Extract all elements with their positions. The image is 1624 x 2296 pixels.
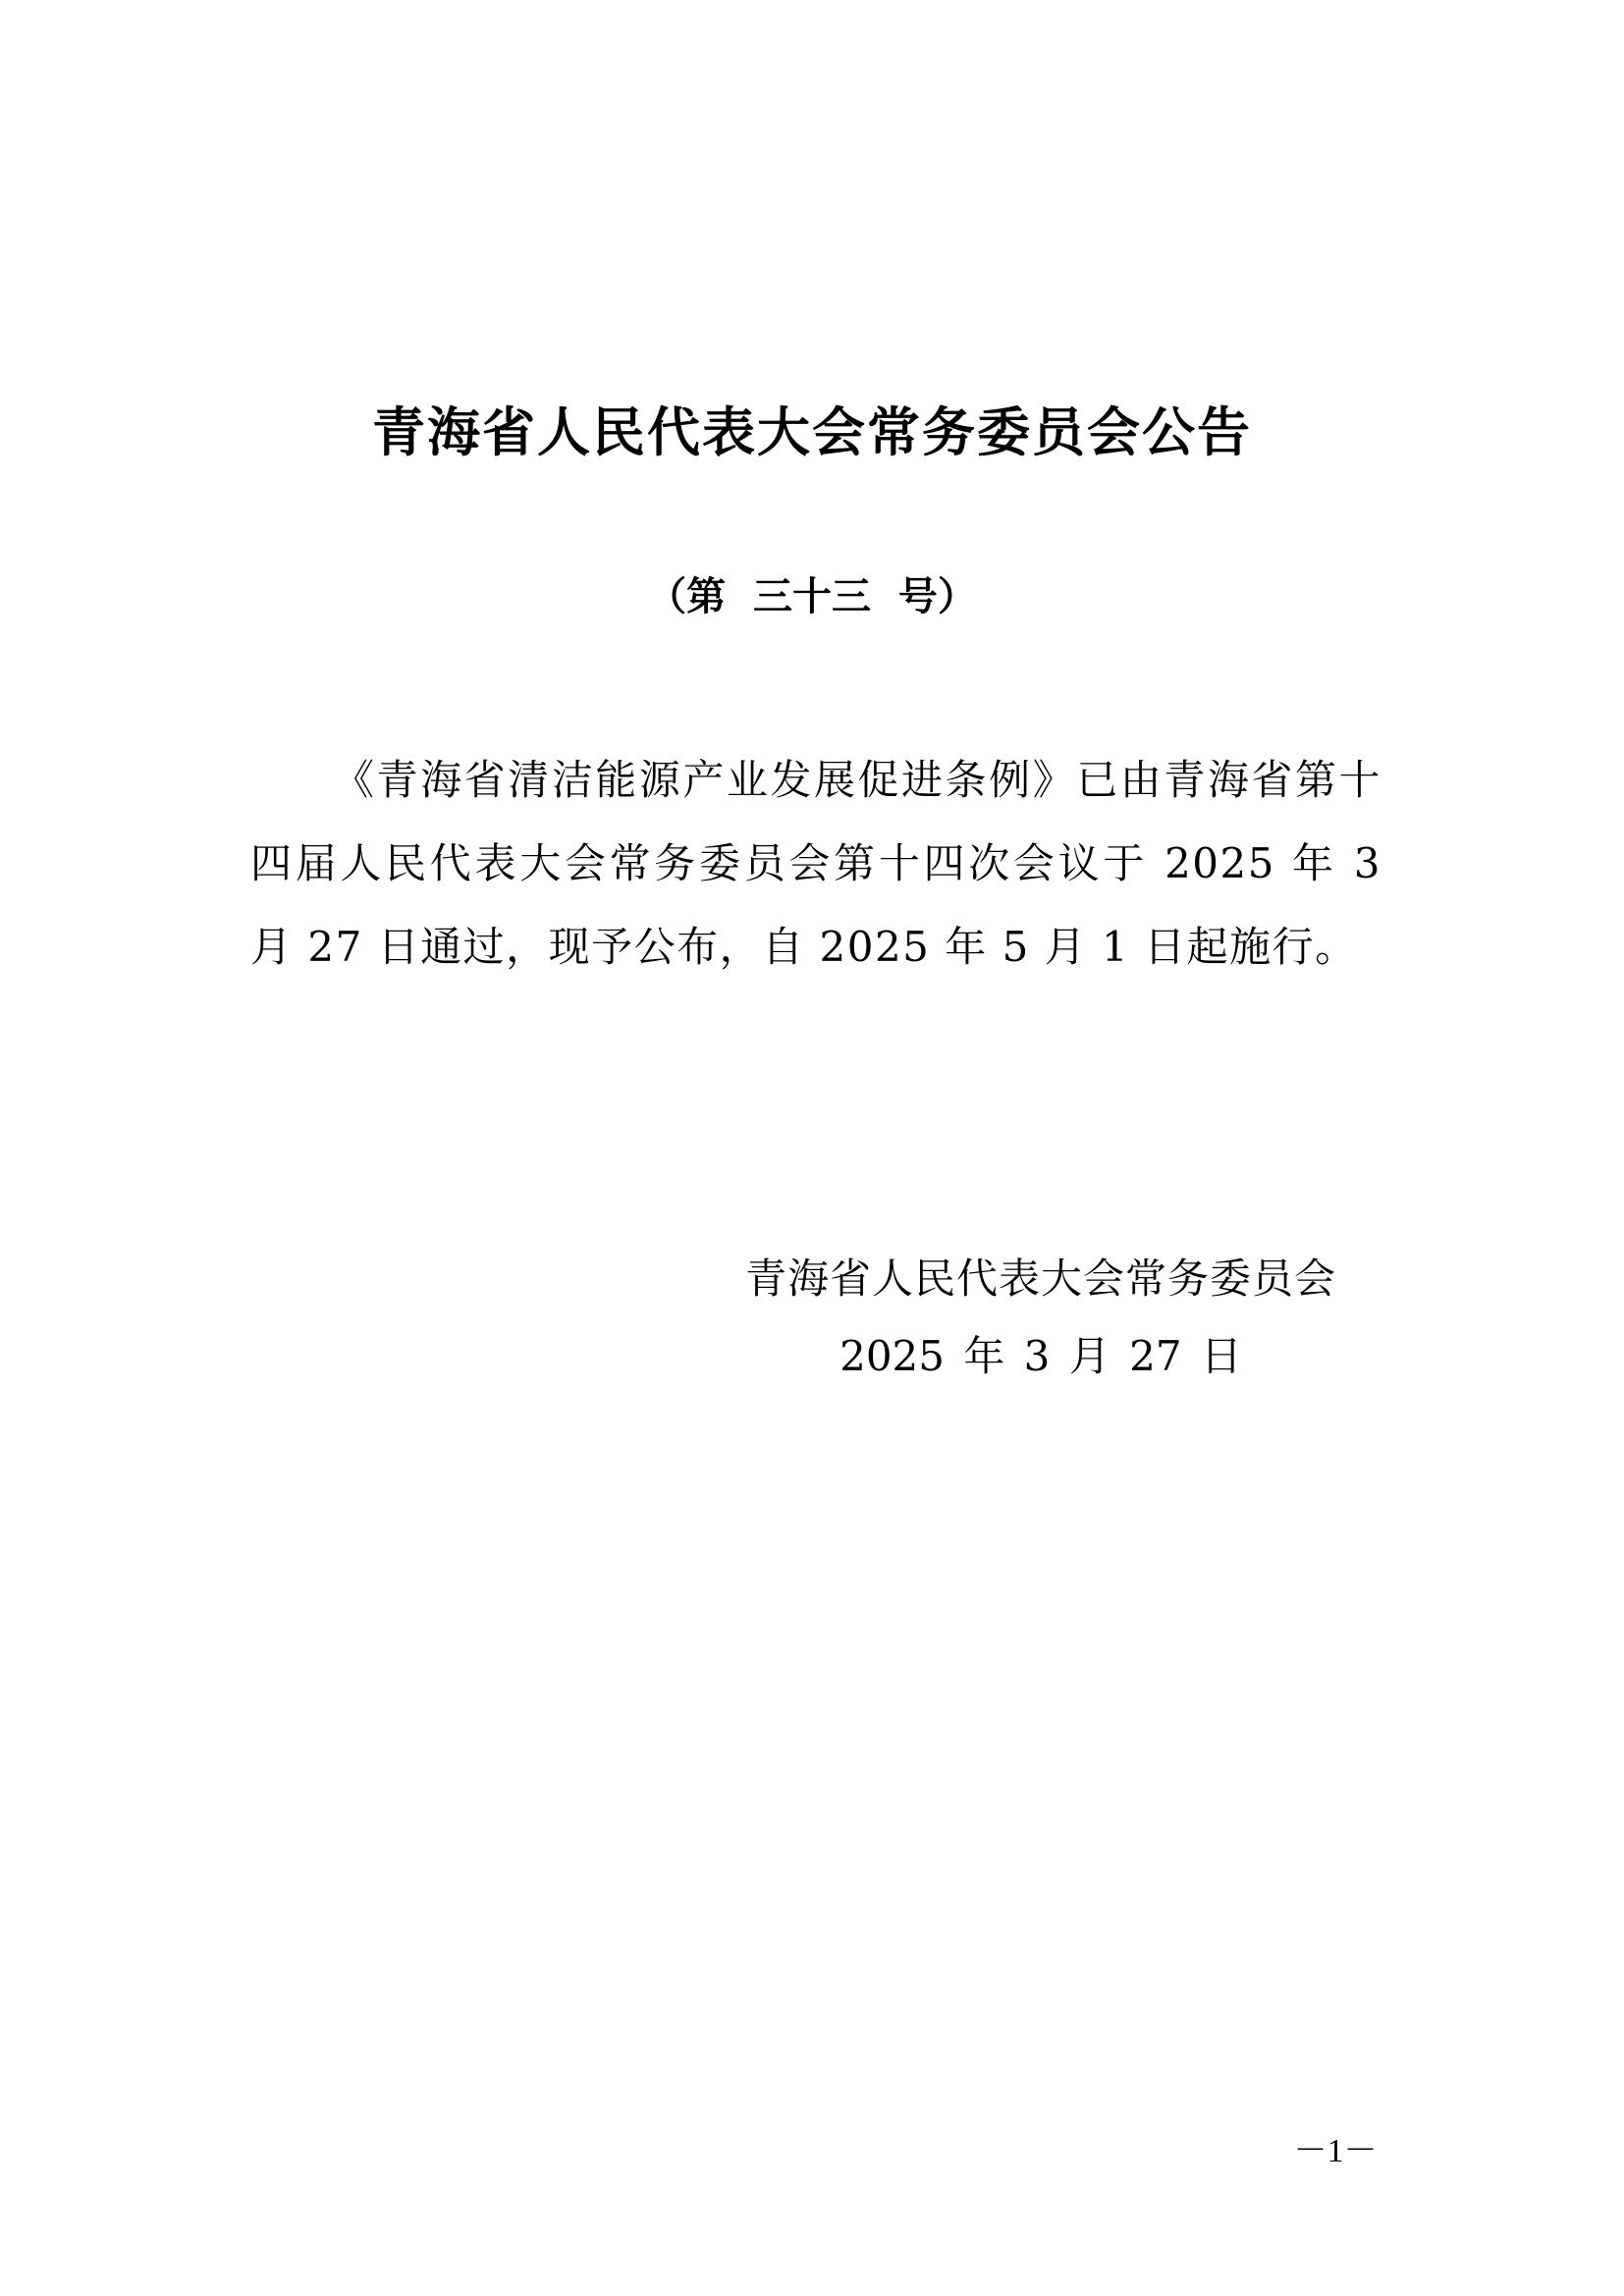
page-number: －1－ [1276, 2130, 1394, 2173]
document-page: 青海省人民代表大会常务委员会公告 （第 三十三 号） 《青海省清洁能源产业发展促… [0, 0, 1624, 2296]
announcement-number: （第 三十三 号） [0, 569, 1624, 624]
issuer-signature: 青海省人民代表大会常务委员会 [731, 1245, 1350, 1313]
issue-date: 2025 年 3 月 27 日 [731, 1325, 1350, 1388]
announcement-title: 青海省人民代表大会常务委员会公告 [0, 398, 1624, 466]
announcement-body: 《青海省清洁能源产业发展促进条例》已由青海省第十四届人民代表大会常务委员会第十四… [250, 738, 1381, 988]
